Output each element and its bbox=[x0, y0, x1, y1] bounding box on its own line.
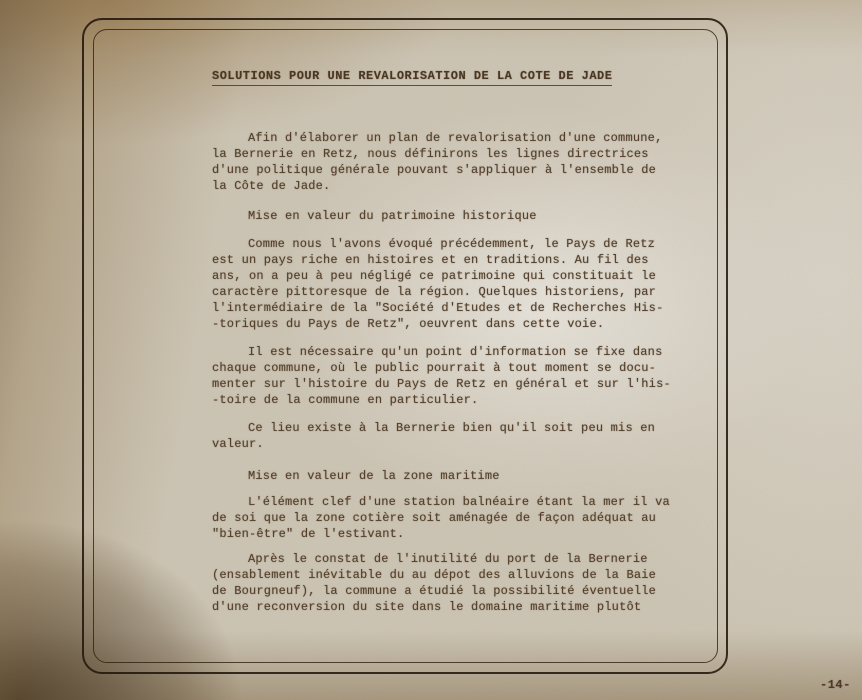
page-number: -14- bbox=[820, 678, 851, 692]
text-line: valeur. bbox=[212, 436, 662, 452]
paragraph: Il est nécessaire qu'un point d'informat… bbox=[212, 344, 662, 408]
text-line: Ce lieu existe à la Bernerie bien qu'il … bbox=[212, 420, 662, 436]
text-line: la Bernerie en Retz, nous définirons les… bbox=[212, 146, 662, 162]
document-body: SOLUTIONS POUR UNE REVALORISATION DE LA … bbox=[212, 68, 662, 627]
section-heading: Mise en valeur du patrimoine historique bbox=[212, 208, 662, 224]
text-line: chaque commune, où le public pourrait à … bbox=[212, 360, 662, 376]
section-heading: Mise en valeur de la zone maritime bbox=[212, 468, 662, 484]
text-line: Après le constat de l'inutilité du port … bbox=[212, 551, 662, 567]
text-line: menter sur l'histoire du Pays de Retz en… bbox=[212, 376, 662, 392]
text-line: Afin d'élaborer un plan de revalorisatio… bbox=[212, 130, 662, 146]
text-line: la Côte de Jade. bbox=[212, 178, 662, 194]
document-title: SOLUTIONS POUR UNE REVALORISATION DE LA … bbox=[212, 68, 612, 86]
text-line: de soi que la zone cotière soit aménagée… bbox=[212, 510, 662, 526]
title-row: SOLUTIONS POUR UNE REVALORISATION DE LA … bbox=[212, 68, 662, 86]
heading-line: Mise en valeur de la zone maritime bbox=[212, 468, 662, 484]
paragraph: L'élément clef d'une station balnéaire é… bbox=[212, 494, 662, 542]
text-line: d'une reconversion du site dans le domai… bbox=[212, 599, 662, 615]
text-line: "bien-être" de l'estivant. bbox=[212, 526, 662, 542]
text-line: est un pays riche en histoires et en tra… bbox=[212, 252, 662, 268]
text-line: Comme nous l'avons évoqué précédemment, … bbox=[212, 236, 662, 252]
scanned-document-page: SOLUTIONS POUR UNE REVALORISATION DE LA … bbox=[0, 0, 862, 700]
text-line: l'intermédiaire de la "Société d'Etudes … bbox=[212, 300, 662, 316]
heading-line: Mise en valeur du patrimoine historique bbox=[212, 208, 662, 224]
text-line: L'élément clef d'une station balnéaire é… bbox=[212, 494, 662, 510]
paragraph: Afin d'élaborer un plan de revalorisatio… bbox=[212, 130, 662, 194]
paragraph: Ce lieu existe à la Bernerie bien qu'il … bbox=[212, 420, 662, 452]
text-line: -toire de la commune en particulier. bbox=[212, 392, 662, 408]
text-line: de Bourgneuf), la commune a étudié la po… bbox=[212, 583, 662, 599]
text-line: -toriques du Pays de Retz", oeuvrent dan… bbox=[212, 316, 662, 332]
paragraph: Après le constat de l'inutilité du port … bbox=[212, 551, 662, 615]
text-line: ans, on a peu à peu négligé ce patrimoin… bbox=[212, 268, 662, 284]
paragraph: Comme nous l'avons évoqué précédemment, … bbox=[212, 236, 662, 332]
text-line: caractère pittoresque de la région. Quel… bbox=[212, 284, 662, 300]
text-line: (ensablement inévitable du au dépot des … bbox=[212, 567, 662, 583]
text-line: d'une politique générale pouvant s'appli… bbox=[212, 162, 662, 178]
text-line: Il est nécessaire qu'un point d'informat… bbox=[212, 344, 662, 360]
